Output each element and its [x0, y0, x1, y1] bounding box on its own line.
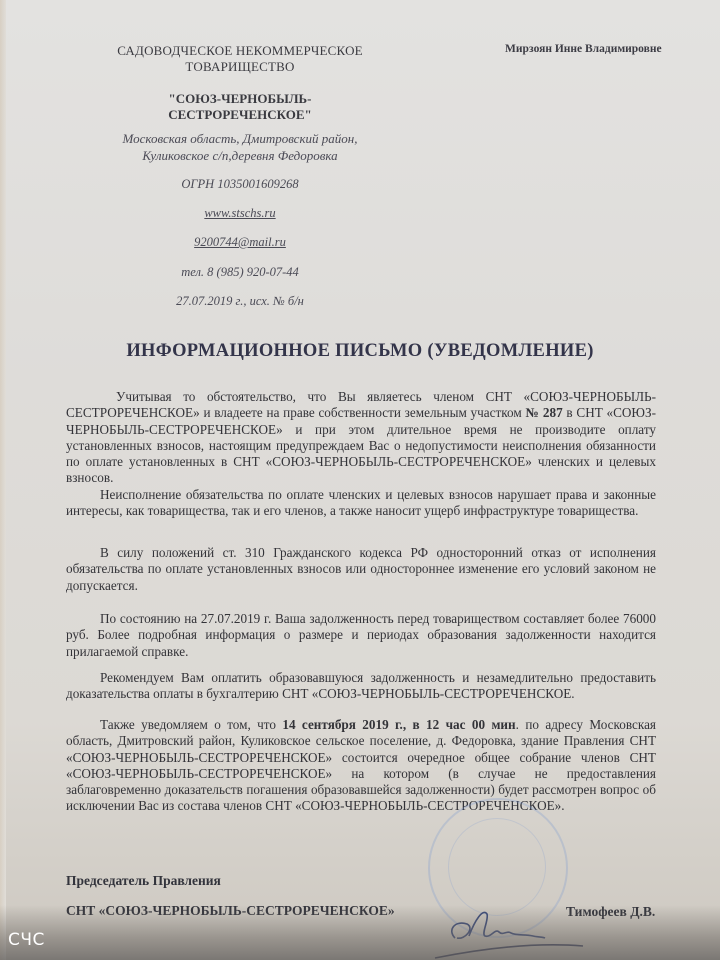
paragraph-4: По состоянию на 27.07.2019 г. Ваша задол… — [66, 611, 656, 660]
p4-text: По состоянию на 27.07.2019 г. Ваша задол… — [66, 611, 656, 659]
letter-page: САДОВОДЧЕСКОЕ НЕКОММЕРЧЕСКОЕ ТОВАРИЩЕСТВ… — [0, 0, 720, 960]
date-reference: 27.07.2019 г., исх. № б/н — [80, 294, 400, 309]
paragraph-2: Неисполнение обязательства по оплате чле… — [66, 487, 656, 520]
org-type-line1: САДОВОДЧЕСКОЕ НЕКОММЕРЧЕСКОЕ — [80, 43, 400, 59]
signer-position: Председатель Правления — [66, 873, 221, 889]
website-link[interactable]: www.stschs.ru — [204, 206, 275, 220]
paragraph-6: Также уведомляем о том, что 14 сентября … — [66, 717, 656, 815]
org-address: Московская область, Дмитровский район, К… — [80, 130, 400, 164]
photo-shadow — [0, 905, 720, 960]
paragraph-1: Учитывая то обстоятельство, что Вы являе… — [66, 389, 656, 487]
email-line: 9200744@mail.ru — [80, 235, 400, 250]
paragraph-3: В силу положений ст. 310 Гражданского ко… — [66, 545, 656, 594]
ogrn: ОГРН 1035001609268 — [80, 177, 400, 192]
email-link[interactable]: 9200744@mail.ru — [194, 235, 286, 249]
website-line: www.stschs.ru — [80, 206, 400, 221]
org-name-line1: "СОЮЗ-ЧЕРНОБЫЛЬ- — [80, 91, 400, 107]
p6-text-a: Также уведомляем о том, что — [100, 717, 282, 732]
meeting-datetime: 14 сентября 2019 г., в 12 час 00 мин — [282, 717, 515, 732]
org-type: САДОВОДЧЕСКОЕ НЕКОММЕРЧЕСКОЕ ТОВАРИЩЕСТВ… — [80, 43, 400, 75]
org-name-line2: СЕСТРОРЕЧЕНСКОЕ" — [80, 107, 400, 123]
address-line1: Московская область, Дмитровский район, — [80, 130, 400, 147]
address-line2: Куликовское с/п,деревня Федоровка — [80, 147, 400, 164]
p2-text: Неисполнение обязательства по оплате чле… — [66, 487, 656, 518]
phone: тел. 8 (985) 920-07-44 — [80, 265, 400, 280]
letter-title: ИНФОРМАЦИОННОЕ ПИСЬМО (УВЕДОМЛЕНИЕ) — [0, 341, 720, 362]
org-name: "СОЮЗ-ЧЕРНОБЫЛЬ- СЕСТРОРЕЧЕНСКОЕ" — [80, 91, 400, 123]
recipient: Мирзоян Инне Владимировне — [505, 43, 662, 55]
p3-text: В силу положений ст. 310 Гражданского ко… — [66, 545, 656, 593]
p5-text: Рекомендуем Вам оплатить образовавшуюся … — [66, 670, 656, 701]
watermark: СЧС — [8, 930, 45, 950]
paragraph-5: Рекомендуем Вам оплатить образовавшуюся … — [66, 670, 656, 703]
org-type-line2: ТОВАРИЩЕСТВО — [80, 59, 400, 75]
plot-number: № 287 — [525, 405, 562, 420]
